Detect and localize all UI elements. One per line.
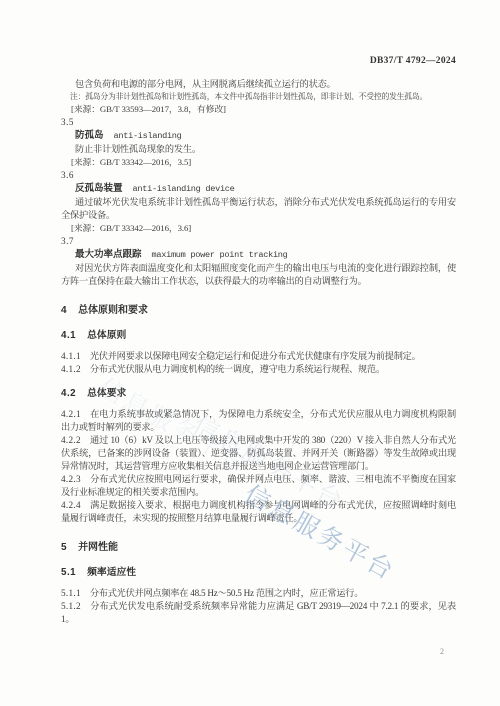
clause-text: 分布式光伏服从电力调度机构的统一调度，遵守电力系统运行规程、规范。 [90,364,385,374]
source-reference: [来源：GB/T 33342—2016，3.6] [61,222,456,235]
clause-paragraph: 4.1.2分布式光伏服从电力调度机构的统一调度，遵守电力系统运行规程、规范。 [61,363,456,376]
clause-number-line: 3.7 [61,235,456,248]
term-definition-line: 防孤岛anti-islanding [61,129,456,143]
page-number: 2 [440,647,444,656]
body-paragraph: 防止非计划性孤岛现象的发生。 [61,143,456,156]
subsection-heading: 4.1总体原则 [61,329,456,342]
clause-number: 4.2.3 [61,474,81,484]
clause-paragraph: 5.1.2分布式光伏发电系统耐受系统频率异常能力应满足 GB/T 29319—2… [61,600,456,626]
clause-number: 4.1.1 [61,351,81,361]
clause-number: 3.5 [61,117,74,127]
subsection-title: 频率适应性 [87,567,136,578]
clause-number-line: 3.6 [61,169,456,182]
document-body: 包含负荷和电源的部分电网，从主网脱离后继续孤立运行的状态。 注：孤岛分为非计划性… [61,78,456,626]
clause-text: 分布式光伏应按照电网运行要求，确保并网点电压、频率、谐波、三相电流不平衡度在国家… [61,474,456,497]
term-chinese: 防孤岛 [75,130,104,141]
term-english: anti-islanding device [133,184,235,194]
clause-number-line: 3.5 [61,116,456,129]
section-number: 5 [61,542,67,553]
clause-number: 5.1.1 [61,588,81,598]
clause-text: 在电力系统事故或紧急情况下，为保障电力系统安全，分布式光伏应服从电力调度机构限制… [61,409,456,432]
section-heading: 5并网性能 [61,541,456,555]
clause-paragraph: 4.2.4满足数据接入要求、根据电力调度机构指令参与电网调峰的分布式光伏，应按照… [61,499,456,525]
clause-text: 满足数据接入要求、根据电力调度机构指令参与电网调峰的分布式光伏，应按照调峰时刻电… [61,500,456,523]
subsection-number: 5.1 [61,567,76,578]
clause-text: 分布式光伏并网点频率在 48.5 Hz～50.5 Hz 范围之内时，应正常运行。 [90,588,363,598]
document-page: 信息服务平台 信息服务平台 信息服务平台 DB37/T 4792—2024 包含… [0,0,500,706]
term-chinese: 反孤岛装置 [75,183,123,194]
clause-paragraph: 4.2.1在电力系统事故或紧急情况下，为保障电力系统安全，分布式光伏应服从电力调… [61,408,456,434]
source-text: [来源：GB/T 33593—2017，3.8，有修改] [71,104,226,114]
subsection-heading: 5.1频率适应性 [61,566,456,579]
subsection-number: 4.1 [61,330,76,341]
section-heading: 4总体原则和要求 [61,304,456,318]
body-paragraph: 包含负荷和电源的部分电网，从主网脱离后继续孤立运行的状态。 [61,78,456,91]
source-reference: [来源：GB/T 33593—2017，3.8，有修改] [61,103,456,116]
paragraph-text: 对因光伏方阵表面温度变化和太阳辐照度变化而产生的输出电压与电流的变化进行跟踪控制… [61,263,456,286]
source-reference: [来源：GB/T 33342—2016，3.5] [61,156,456,169]
clause-text: 光伏并网要求以保障电网安全稳定运行和促进分布式光伏健康有序发展为前提制定。 [90,351,421,361]
clause-text: 分布式光伏发电系统耐受系统频率异常能力应满足 GB/T 29319—2024 中… [61,601,456,624]
subsection-title: 总体原则 [87,330,126,341]
clause-paragraph: 5.1.1分布式光伏并网点频率在 48.5 Hz～50.5 Hz 范围之内时，应… [61,587,456,600]
clause-text: 通过 10（6）kV 及以上电压等级接入电网或集中开发的 380（220）V 接… [61,435,456,471]
clause-number: 4.2.4 [61,500,81,510]
document-content: DB37/T 4792—2024 包含负荷和电源的部分电网，从主网脱离后继续孤立… [61,56,456,626]
term-definition-line: 最大功率点跟踪maximum power point tracking [61,248,456,262]
clause-number: 4.2.1 [61,409,81,419]
standard-number-header: DB37/T 4792—2024 [61,56,456,66]
subsection-number: 4.2 [61,388,76,399]
source-text: [来源：GB/T 33342—2016，3.5] [71,157,191,167]
paragraph-text: 包含负荷和电源的部分电网，从主网脱离后继续孤立运行的状态。 [75,79,336,89]
term-english: anti-islanding [114,131,182,141]
clause-number: 3.6 [61,170,74,180]
subsection-heading: 4.2总体要求 [61,387,456,400]
clause-paragraph: 4.1.1光伏并网要求以保障电网安全稳定运行和促进分布式光伏健康有序发展为前提制… [61,350,456,363]
clause-number: 5.1.2 [61,601,81,611]
clause-paragraph: 4.2.3分布式光伏应按照电网运行要求，确保并网点电压、频率、谐波、三相电流不平… [61,473,456,499]
body-paragraph: 通过破坏光伏发电系统非计划性孤岛平衡运行状态，消除分布式光伏发电系统孤岛运行的专… [61,196,456,222]
body-paragraph: 对因光伏方阵表面温度变化和太阳辐照度变化而产生的输出电压与电流的变化进行跟踪控制… [61,262,456,288]
clause-number: 4.1.2 [61,364,81,374]
section-number: 4 [61,305,67,316]
term-english: maximum power point tracking [152,250,288,260]
clause-number: 4.2.2 [61,435,81,445]
paragraph-text: 防止非计划性孤岛现象的发生。 [75,144,201,154]
clause-number: 3.7 [61,236,74,246]
paragraph-text: 通过破坏光伏发电系统非计划性孤岛平衡运行状态，消除分布式光伏发电系统孤岛运行的专… [61,197,456,220]
note-text: 注：孤岛分为非计划性孤岛和计划性孤岛，本文件中孤岛指非计划性孤岛，即非计划、不受… [70,92,427,101]
term-chinese: 最大功率点跟踪 [75,249,142,260]
source-text: [来源：GB/T 33342—2016，3.6] [71,223,191,233]
section-title: 总体原则和要求 [78,305,148,316]
section-title: 并网性能 [78,542,118,553]
clause-paragraph: 4.2.2通过 10（6）kV 及以上电压等级接入电网或集中开发的 380（22… [61,434,456,473]
subsection-title: 总体要求 [87,388,126,399]
note-line: 注：孤岛分为非计划性孤岛和计划性孤岛，本文件中孤岛指非计划性孤岛，即非计划、不受… [61,91,456,103]
term-definition-line: 反孤岛装置anti-islanding device [61,182,456,196]
